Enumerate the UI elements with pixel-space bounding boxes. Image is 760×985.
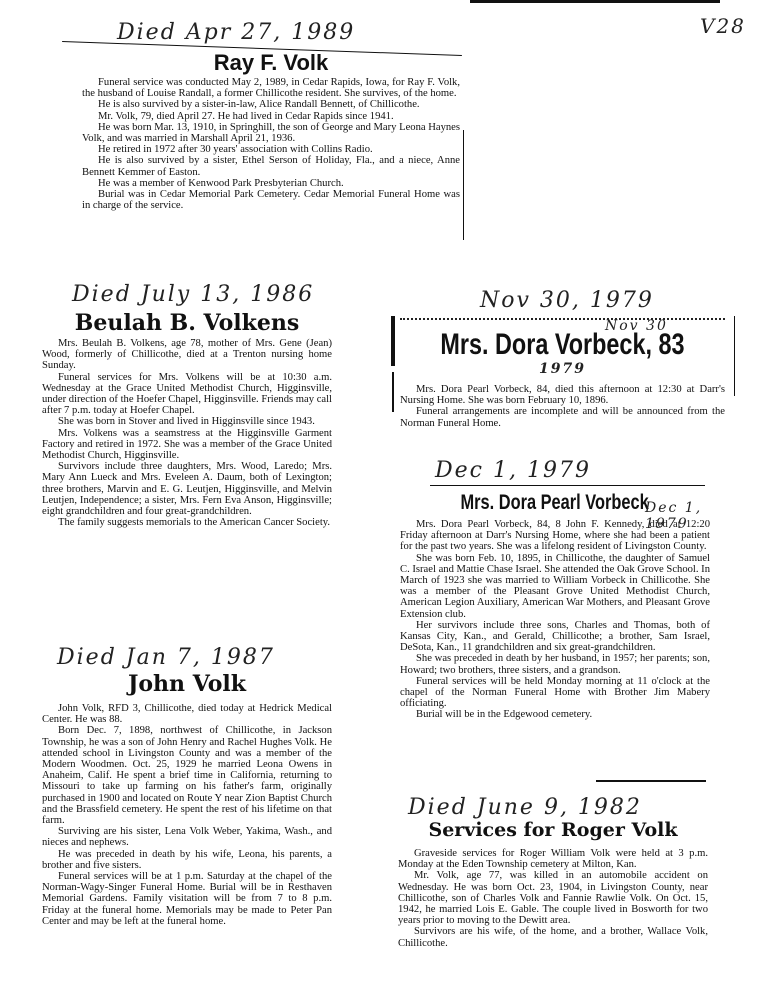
headline: John Volk [42, 673, 332, 695]
top-edge-line [470, 0, 720, 3]
top-edge-line [596, 780, 706, 782]
page-number: V28 [700, 14, 746, 38]
handwritten-note: Dec 1, 1979 [645, 500, 705, 532]
underline [430, 485, 705, 486]
clipping-dora-vorbeck-nov: Nov 30, 1979 Nov 30 Mrs. Dora Vorbeck, 8… [400, 288, 725, 429]
article-body: Funeral service was conducted May 2, 198… [82, 77, 460, 211]
clipping-ray-volk: Died Apr 27, 1989 Ray F. Volk Funeral se… [82, 20, 460, 211]
article-body: Mrs. Dora Pearl Vorbeck, 84, 8 John F. K… [400, 519, 710, 721]
dotted-rule [400, 318, 725, 320]
clipping-beulah-volkens: Died July 13, 1986 Beulah B. Volkens Mrs… [42, 282, 332, 528]
left-edge-bar-lower [392, 372, 394, 412]
right-edge-line [463, 130, 464, 240]
headline: Services for Roger Volk [398, 821, 708, 840]
handwritten-date: Died June 9, 1982 [408, 795, 642, 820]
right-edge-line [734, 316, 735, 396]
clipping-dora-pearl-vorbeck: Dec 1, 1979 Mrs. Dora Pearl Vorbeck Dec … [400, 458, 710, 721]
handwritten-date: Died Apr 27, 1989 [117, 20, 355, 45]
headline: Beulah B. Volkens [42, 312, 332, 334]
clipping-john-volk: Died Jan 7, 1987 John Volk John Volk, RF… [42, 645, 332, 927]
article-body: John Volk, RFD 3, Chillicothe, died toda… [42, 703, 332, 927]
handwritten-year: 1979 [539, 361, 586, 377]
handwritten-date: Nov 30, 1979 [480, 288, 654, 313]
headline: Mrs. Dora Pearl Vorbeck [461, 492, 649, 513]
article-body: Graveside services for Roger William Vol… [398, 848, 708, 949]
handwritten-date: Died Jan 7, 1987 [57, 645, 275, 670]
article-body: Mrs. Dora Pearl Vorbeck, 84, died this a… [400, 384, 725, 429]
handwritten-date: Dec 1, 1979 [435, 458, 591, 483]
clipping-roger-volk: Died June 9, 1982 Services for Roger Vol… [398, 795, 708, 949]
left-edge-bar [391, 316, 395, 366]
headline: Mrs. Dora Vorbeck, 83 [440, 330, 684, 360]
handwritten-date: Died July 13, 1986 [72, 282, 314, 307]
article-body: Mrs. Beulah B. Volkens, age 78, mother o… [42, 338, 332, 528]
headline: Ray F. Volk [82, 52, 460, 74]
